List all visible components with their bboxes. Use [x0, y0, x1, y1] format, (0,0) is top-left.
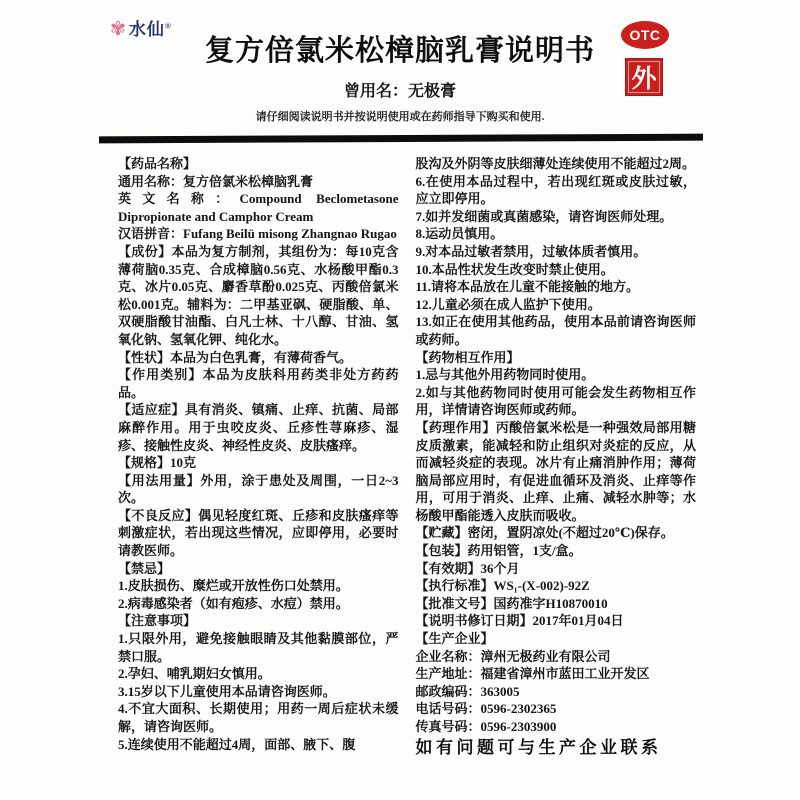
brand-logo: ✾水仙® [110, 15, 172, 41]
paragraph: 13.如正在使用其他药品，使用本品前请咨询医师或药师。 [416, 313, 697, 348]
paragraph: 8.运动员慎用。 [416, 225, 697, 243]
paragraph-text: Fufang Beilü misong Zhangnao Rugao [183, 226, 397, 241]
section-label: 通用名称： [118, 174, 183, 189]
paragraph: 11.请将本品放在儿童不能接触的地方。 [416, 278, 697, 296]
right-column-paragraphs: 股沟及外阴等皮肤细薄处连续使用不能超过2周。6.在使用本品过程中，若出现红斑或皮… [416, 155, 697, 736]
paragraph-text: 1.皮肤损伤、糜烂或开放性伤口处禁用。 [118, 578, 349, 593]
paragraph: 邮政编码：363005 [416, 683, 697, 701]
section-label: 【有效期】 [416, 561, 481, 576]
section-label: 【药理作用】 [416, 420, 496, 435]
left-column: 【药品名称】通用名称：复方倍氯米松樟脑乳膏英文名称：Compound Beclo… [118, 155, 399, 756]
section-label: 【批准文号】 [416, 596, 494, 611]
paragraph-text: 2.病毒感染者（如有疱疹、水痘）禁用。 [118, 596, 349, 611]
paragraph: 企业名称：漳州无极药业有限公司 [416, 648, 697, 666]
paragraph: 10.本品性状发生改变时禁止使用。 [416, 261, 697, 279]
paragraph: 6.在使用本品过程中，若出现红斑或皮肤过敏，应立即停用。 [416, 173, 697, 208]
paragraph-text: 2.孕妇、哺乳期妇女慎用。 [118, 666, 271, 681]
paragraph-text: 7.如并发细菌或真菌感染，请咨询医师处理。 [416, 209, 673, 224]
paragraph-text: 8.运动员慎用。 [416, 226, 504, 241]
advisory-note: 请仔细阅读说明书并按说明使用或在药师指导下购买和使用. [0, 108, 800, 124]
paragraph-text: 12.儿童必须在成人监护下使用。 [416, 297, 601, 312]
paragraph-text: 股沟及外阴等皮肤细薄处连续使用不能超过2周。 [416, 156, 696, 171]
section-label: 【禁忌】 [118, 561, 170, 576]
paragraph: 12.儿童必须在成人监护下使用。 [416, 296, 697, 314]
paragraph: 传真号码：0596-2303900 [416, 718, 697, 736]
paragraph: 2.孕妇、哺乳期妇女慎用。 [118, 665, 399, 683]
section-label: 【药品名称】 [118, 156, 196, 171]
section-label: 【适应症】 [118, 402, 185, 417]
paragraph: 9.对本品过敏者禁用，过敏体质者慎用。 [416, 243, 697, 261]
paragraph-text: 企业名称：漳州无极药业有限公司 [416, 649, 611, 664]
paragraph: 4.不宜大面积、长期使用；用药一周后症状未缓解，请咨询医师。 [118, 700, 399, 735]
paragraph: 【执行标准】WS₁-(X-002)-92Z [416, 577, 697, 595]
right-column: 股沟及外阴等皮肤细薄处连续使用不能超过2周。6.在使用本品过程中，若出现红斑或皮… [416, 155, 697, 756]
paragraph: 通用名称：复方倍氯米松樟脑乳膏 [118, 173, 399, 191]
paragraph: 【生产企业】 [416, 630, 697, 648]
paragraph-text: 10克 [170, 455, 196, 470]
section-label: 【药物相互作用】 [416, 350, 520, 365]
paragraph-text: 2.如与其他药物同时使用可能会发生药物相互作用，详情请咨询医师或药师。 [416, 385, 697, 418]
paragraph-text: 本品为复方制剂，其组份为：每10克含薄荷脑0.35克、合成樟脑0.56克、水杨酸… [118, 244, 399, 347]
paragraph: 【包装】药用铝管，1支/盒。 [416, 542, 697, 560]
section-label: 【注意事项】 [118, 613, 196, 628]
paragraph-text: 5.连续使用不能超过4周，面部、腋下、腹 [118, 737, 355, 752]
paragraph-text: 36个月 [481, 561, 520, 576]
paragraph: 1.皮肤损伤、糜烂或开放性伤口处禁用。 [118, 577, 399, 595]
paragraph-text: 13.如正在使用其他药品，使用本品前请咨询医师或药师。 [416, 314, 697, 347]
paragraph-text: 国药准字H10870010 [494, 596, 608, 611]
paragraph: 3.15岁以下儿童使用本品请咨询医师。 [118, 683, 399, 701]
registered-trademark-mark: ® [165, 21, 172, 30]
paragraph-text: 9.对本品过敏者禁用，过敏体质者慎用。 [416, 244, 647, 259]
paragraph-text: 丙酸倍氯米松是一种强效局部用糖皮质激素，能减轻和防止组织对炎症的反应，从而减轻炎… [416, 420, 697, 523]
section-label: 【成份】 [118, 244, 172, 259]
section-label: 【规格】 [118, 455, 170, 470]
paragraph: 【不良反应】偶见轻度红斑、丘疹和皮肤瘙痒等刺激症状，若出现这些情况，应即停用，必… [118, 507, 399, 560]
paragraph-text: 6.在使用本品过程中，若出现红斑或皮肤过敏，应立即停用。 [416, 174, 697, 207]
former-name-line: 曾用名：无极膏 [0, 78, 800, 101]
section-label: 英文名称： [118, 191, 240, 206]
paragraph: 汉语拼音：Fufang Beilü misong Zhangnao Rugao [118, 225, 399, 243]
paragraph: 5.连续使用不能超过4周，面部、腋下、腹 [118, 736, 399, 754]
paragraph-text: 1.忌与其他外用药物同时使用。 [416, 367, 595, 382]
paragraph: 【贮藏】密闭，置阴凉处(不超过20℃)保存。 [416, 524, 697, 542]
paragraph-text: 11.请将本品放在儿童不能接触的地方。 [416, 279, 640, 294]
paragraph: 【有效期】36个月 [416, 560, 697, 578]
paragraph: 【用法用量】外用，涂于患处及周围，一日2~3次。 [118, 472, 399, 507]
paragraph: 【说明书修订日期】2017年01月04日 [416, 612, 697, 630]
paragraph: 2.如与其他药物同时使用可能会发生药物相互作用，详情请咨询医师或药师。 [416, 384, 697, 419]
paragraph: 【药物相互作用】 [416, 349, 697, 367]
section-label: 【用法用量】 [118, 473, 200, 488]
paragraph: 股沟及外阴等皮肤细薄处连续使用不能超过2周。 [416, 155, 697, 173]
section-label: 【生产企业】 [416, 631, 494, 646]
external-use-badge: 外 [625, 58, 663, 96]
paragraph: 1.只限外用，避免接触眼睛及其他黏膜部位，严禁口服。 [118, 630, 399, 665]
paragraph: 【性状】本品为白色乳膏，有薄荷香气。 [118, 349, 399, 367]
paragraph: 【禁忌】 [118, 560, 399, 578]
section-label: 【说明书修订日期】 [416, 613, 533, 628]
paragraph-text: 电话号码：0596-2302365 [416, 701, 557, 716]
contact-note: 如有问题可与生产企业联系 [416, 739, 697, 757]
section-label: 【执行标准】 [416, 578, 494, 593]
paragraph-text: 10.本品性状发生改变时禁止使用。 [416, 262, 614, 277]
paragraph: 【规格】10克 [118, 454, 399, 472]
paragraph: 电话号码：0596-2302365 [416, 700, 697, 718]
paragraph-text: 药用铝管，1支/盒。 [468, 543, 582, 558]
section-label: 【性状】 [118, 350, 170, 365]
paragraph: 【药品名称】 [118, 155, 399, 173]
paragraph: 生产地址：福建省漳州市蓝田工业开发区 [416, 665, 697, 683]
narcissus-flower-icon: ✾ [110, 19, 127, 40]
paragraph: 【批准文号】国药准字H10870010 [416, 595, 697, 613]
paragraph-text: 复方倍氯米松樟脑乳膏 [183, 174, 313, 189]
drug-leaflet: ✾水仙® OTC 外 复方倍氯米松樟脑乳膏说明书 曾用名：无极膏 请仔细阅读说明… [0, 0, 800, 800]
paragraph: 【药理作用】丙酸倍氯米松是一种强效局部用糖皮质激素，能减轻和防止组织对炎症的反应… [416, 419, 697, 525]
paragraph: 7.如并发细菌或真菌感染，请咨询医师处理。 [416, 208, 697, 226]
section-label: 【包装】 [416, 543, 468, 558]
paragraph-text: 本品为白色乳膏，有薄荷香气。 [170, 350, 352, 365]
paragraph: 【作用类别】本品为皮肤科用药类非处方药药品。 [118, 366, 399, 401]
divider-bar [99, 134, 703, 144]
paragraph: 英文名称：Compound Beclometasone Dipropionate… [118, 190, 399, 225]
paragraph-text: 1.只限外用，避免接触眼睛及其他黏膜部位，严禁口服。 [118, 631, 399, 664]
paragraph-text: 2017年01月04日 [533, 613, 624, 628]
paragraph: 【注意事项】 [118, 612, 399, 630]
brand-name: 水仙 [129, 20, 165, 39]
paragraph-text: 传真号码：0596-2303900 [416, 719, 557, 734]
paragraph-text: 3.15岁以下儿童使用本品请咨询医师。 [118, 684, 336, 699]
paragraph: 1.忌与其他外用药物同时使用。 [416, 366, 697, 384]
paragraph-text: 4.不宜大面积、长期使用；用药一周后症状未缓解，请咨询医师。 [118, 701, 399, 734]
paragraph-text: WS₁-(X-002)-92Z [494, 578, 590, 593]
paragraph: 2.病毒感染者（如有疱疹、水痘）禁用。 [118, 595, 399, 613]
paragraph-text: 密闭，置阴凉处(不超过20℃)保存。 [468, 525, 674, 540]
paragraph: 【成份】本品为复方制剂，其组份为：每10克含薄荷脑0.35克、合成樟脑0.56克… [118, 243, 399, 349]
paragraph-text: 生产地址：福建省漳州市蓝田工业开发区 [416, 666, 650, 681]
section-label: 【不良反应】 [118, 508, 198, 523]
paragraph-text: 邮政编码：363005 [416, 684, 520, 699]
paragraph: 【适应症】具有消炎、镇痛、止痒、抗菌、局部麻醉作用。用于虫咬皮炎、丘疹性荨麻疹、… [118, 401, 399, 454]
section-label: 【作用类别】 [118, 367, 202, 382]
otc-badge: OTC [621, 21, 669, 49]
section-label: 【贮藏】 [416, 525, 468, 540]
leaflet-body: 【药品名称】通用名称：复方倍氯米松樟脑乳膏英文名称：Compound Beclo… [118, 155, 696, 756]
section-label: 汉语拼音： [118, 226, 183, 241]
